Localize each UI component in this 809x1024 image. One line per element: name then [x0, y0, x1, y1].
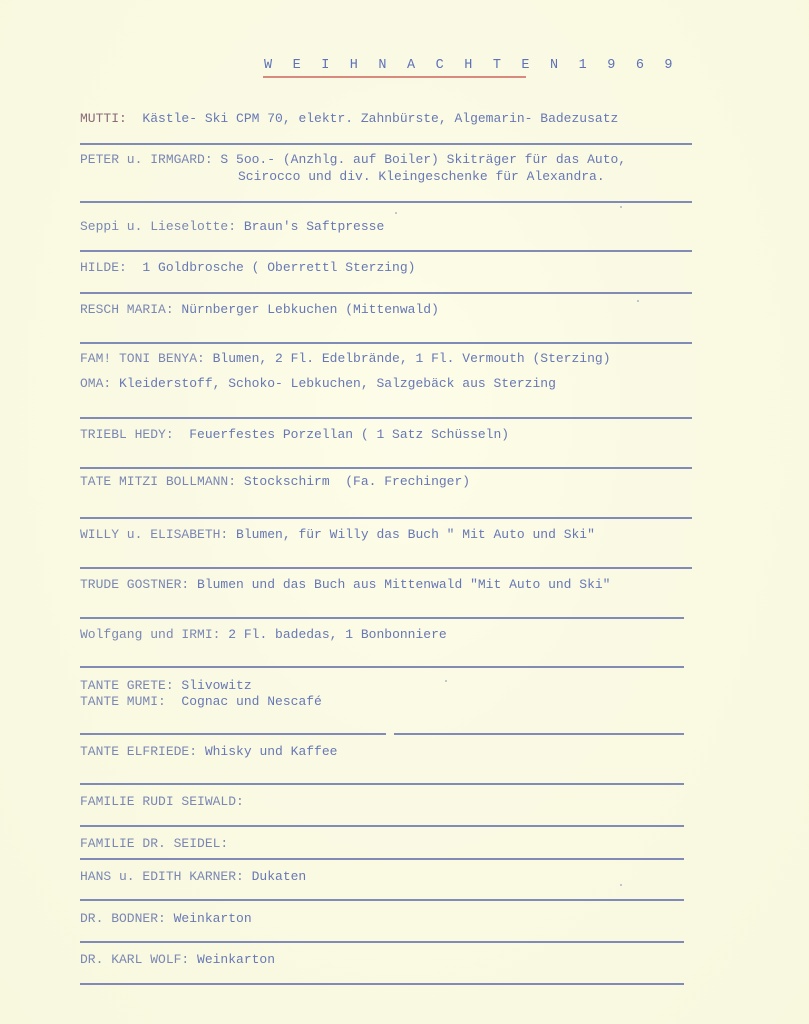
- divider: [80, 825, 684, 827]
- entry-hilde: HILDE: 1 Goldbrosche ( Oberrettl Sterzin…: [80, 260, 415, 276]
- entry-toni-benya: FAM! TONI BENYA: Blumen, 2 Fl. Edelbränd…: [80, 351, 611, 367]
- entry-oma: OMA: Kleiderstoff, Schoko- Lebkuchen, Sa…: [80, 376, 556, 392]
- entry-name: TANTE MUMI:: [80, 694, 166, 709]
- title-underline: [263, 76, 526, 78]
- entry-rudi-seiwald: FAMILIE RUDI SEIWALD:: [80, 794, 244, 810]
- divider: [80, 292, 692, 294]
- entry-gift: Kleiderstoff, Schoko- Lebkuchen, Salzgeb…: [111, 376, 556, 391]
- entry-gift: Feuerfestes Porzellan ( 1 Satz Schüsseln…: [174, 427, 509, 442]
- entry-name: MUTTI:: [80, 111, 127, 126]
- divider: [80, 417, 692, 419]
- entry-name: HILDE:: [80, 260, 127, 275]
- entry-gift: Weinkarton: [166, 911, 252, 926]
- entry-name: RESCH MARIA:: [80, 302, 174, 317]
- entry-dr-seidel: FAMILIE DR. SEIDEL:: [80, 836, 228, 852]
- entry-triebl-hedy: TRIEBL HEDY: Feuerfestes Porzellan ( 1 S…: [80, 427, 509, 443]
- entry-name: PETER u. IRMGARD:: [80, 152, 213, 167]
- entry-peter-irmgard: PETER u. IRMGARD: S 5oo.- (Anzhlg. auf B…: [80, 152, 626, 168]
- entry-gift: Cognac und Nescafé: [166, 694, 322, 709]
- entry-gift: Slivowitz: [174, 678, 252, 693]
- paper-speck: [637, 300, 639, 302]
- page-title: W E I H N A C H T E N 1 9 6 9: [264, 58, 679, 73]
- entry-name: TANTE ELFRIEDE:: [80, 744, 197, 759]
- entry-name: FAMILIE DR. SEIDEL:: [80, 836, 228, 851]
- entry-seppi-lieselotte: Seppi u. Lieselotte: Braun's Saftpresse: [80, 219, 384, 235]
- divider: [80, 858, 684, 860]
- divider: [80, 342, 692, 344]
- paper-speck: [620, 884, 622, 886]
- divider: [80, 517, 692, 519]
- entry-gift: Blumen, 2 Fl. Edelbrände, 1 Fl. Vermouth…: [205, 351, 611, 366]
- divider: [80, 783, 684, 785]
- divider: [80, 983, 684, 985]
- entry-tante-elfriede: TANTE ELFRIEDE: Whisky und Kaffee: [80, 744, 337, 760]
- entry-willy-elisabeth: WILLY u. ELISABETH: Blumen, für Willy da…: [80, 527, 595, 543]
- divider: [80, 899, 684, 901]
- entry-name: TRIEBL HEDY:: [80, 427, 174, 442]
- entry-gift: 1 Goldbrosche ( Oberrettl Sterzing): [127, 260, 416, 275]
- entry-gift: Blumen und das Buch aus Mittenwald "Mit …: [189, 577, 610, 592]
- entry-tante-mumi: TANTE MUMI: Cognac und Nescafé: [80, 694, 322, 710]
- entry-name: DR. BODNER:: [80, 911, 166, 926]
- entry-karl-wolf: DR. KARL WOLF: Weinkarton: [80, 952, 275, 968]
- entry-name: TANTE GRETE:: [80, 678, 174, 693]
- entry-name: TATE MITZI BOLLMANN:: [80, 474, 236, 489]
- entry-gift: Kästle- Ski CPM 70, elektr. Zahnbürste, …: [127, 111, 618, 126]
- divider: [80, 733, 386, 735]
- entry-tante-grete: TANTE GRETE: Slivowitz: [80, 678, 252, 694]
- entry-name: TRUDE GOSTNER:: [80, 577, 189, 592]
- entry-gift: Weinkarton: [189, 952, 275, 967]
- entry-name: DR. KARL WOLF:: [80, 952, 189, 967]
- divider: [80, 567, 692, 569]
- entry-karner: HANS u. EDITH KARNER: Dukaten: [80, 869, 306, 885]
- entry-dr-bodner: DR. BODNER: Weinkarton: [80, 911, 252, 927]
- divider: [80, 143, 692, 145]
- entry-trude-gostner: TRUDE GOSTNER: Blumen und das Buch aus M…: [80, 577, 611, 593]
- entry-mutti: MUTTI: Kästle- Ski CPM 70, elektr. Zahnb…: [80, 111, 618, 127]
- entry-mitzi-bollmann: TATE MITZI BOLLMANN: Stockschirm (Fa. Fr…: [80, 474, 470, 490]
- divider: [394, 733, 684, 735]
- entry-name: OMA:: [80, 376, 111, 391]
- entry-peter-irmgard-cont: Scirocco und div. Kleingeschenke für Ale…: [238, 169, 605, 185]
- entry-gift: Blumen, für Willy das Buch " Mit Auto un…: [228, 527, 595, 542]
- entry-name: HANS u. EDITH KARNER:: [80, 869, 244, 884]
- entry-gift: Scirocco und div. Kleingeschenke für Ale…: [238, 169, 605, 184]
- entry-gift: 2 Fl. badedas, 1 Bonbonniere: [220, 627, 446, 642]
- entry-gift: Dukaten: [244, 869, 306, 884]
- entry-gift: Braun's Saftpresse: [236, 219, 384, 234]
- entry-gift: S 5oo.- (Anzhlg. auf Boiler) Skiträger f…: [213, 152, 626, 167]
- divider: [80, 666, 684, 668]
- paper-speck: [620, 206, 622, 208]
- entry-name: FAM! TONI BENYA:: [80, 351, 205, 366]
- entry-gift: Whisky und Kaffee: [197, 744, 337, 759]
- paper-speck: [445, 680, 447, 682]
- entry-gift: Nürnberger Lebkuchen (Mittenwald): [174, 302, 439, 317]
- divider: [80, 467, 692, 469]
- entry-resch-maria: RESCH MARIA: Nürnberger Lebkuchen (Mitte…: [80, 302, 439, 318]
- entry-gift: Stockschirm (Fa. Frechinger): [236, 474, 470, 489]
- entry-name: WILLY u. ELISABETH:: [80, 527, 228, 542]
- paper-speck: [395, 212, 397, 214]
- divider: [80, 617, 684, 619]
- entry-name: FAMILIE RUDI SEIWALD:: [80, 794, 244, 809]
- divider: [80, 201, 692, 203]
- entry-wolfgang-irmi: Wolfgang und IRMI: 2 Fl. badedas, 1 Bonb…: [80, 627, 447, 643]
- entry-name: Wolfgang und IRMI:: [80, 627, 220, 642]
- entry-name: Seppi u. Lieselotte:: [80, 219, 236, 234]
- divider: [80, 941, 684, 943]
- divider: [80, 250, 692, 252]
